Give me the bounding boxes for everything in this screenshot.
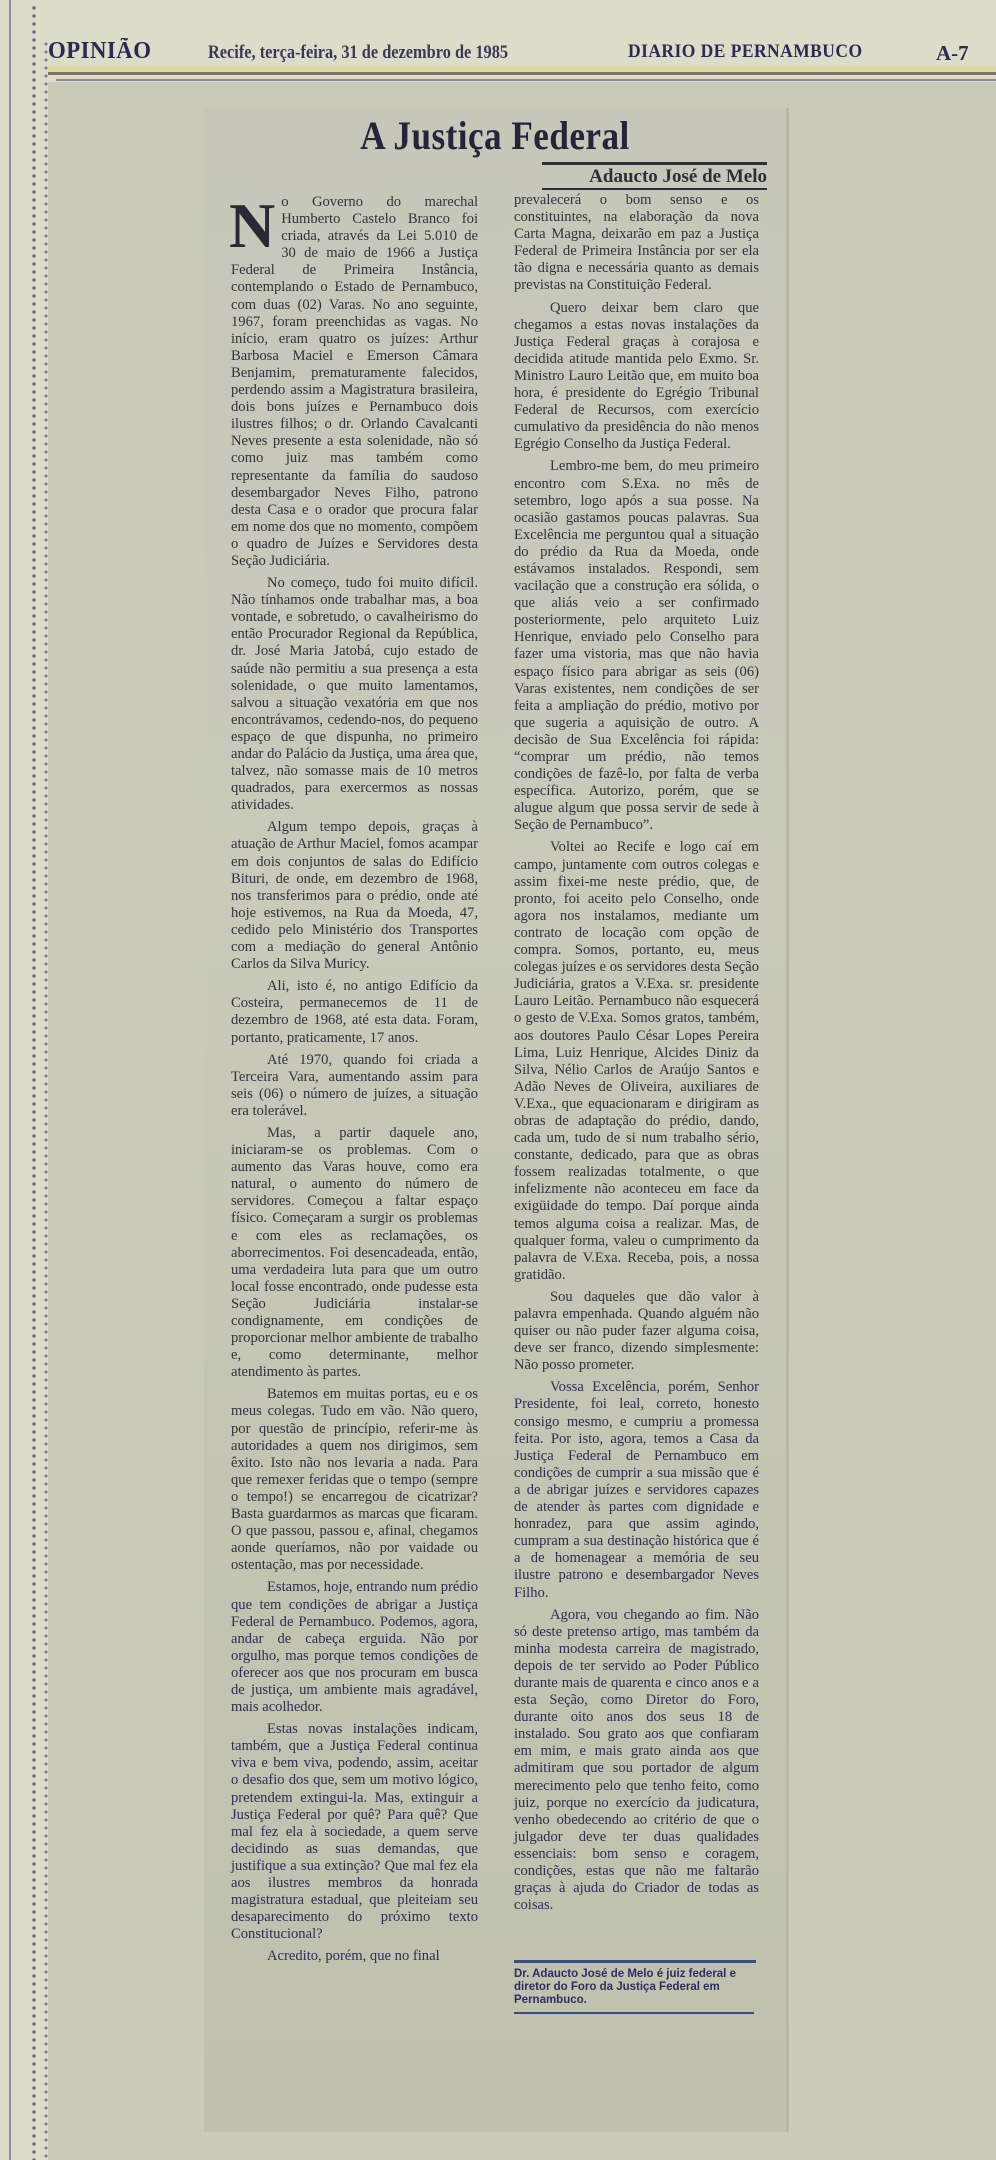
article-paragraph: Agora, vou chegando ao fim. Não só deste… bbox=[514, 1607, 759, 1915]
article-paragraph: Batemos em muitas portas, eu e os meus c… bbox=[231, 1386, 478, 1574]
article-title: A Justiça Federal bbox=[239, 112, 751, 159]
article-paragraph: Sou daqueles que dão valor à palavra emp… bbox=[514, 1289, 759, 1374]
author-bio-rule-top bbox=[514, 1960, 756, 1963]
article-paragraph: Vossa Excelência, porém, Senhor Presiden… bbox=[514, 1379, 759, 1601]
clipping-edge-shadow bbox=[786, 108, 789, 2132]
newspaper-header: OPINIÃO Recife, terça-feira, 31 de dezem… bbox=[48, 0, 996, 82]
article-paragraph: Lembro-me bem, do meu primeiro encontro … bbox=[514, 458, 759, 834]
article-paragraph: No Governo do marechal Humberto Castelo … bbox=[231, 194, 478, 570]
perforation-dots bbox=[31, 4, 37, 2160]
header-row: OPINIÃO Recife, terça-feira, 31 de dezem… bbox=[48, 38, 996, 68]
article-paragraph: Quero deixar bem claro que chegamos a es… bbox=[514, 300, 759, 454]
section-name: OPINIÃO bbox=[48, 38, 151, 65]
author-bio-rule-bottom bbox=[514, 2012, 754, 2014]
perforation-dots-inner bbox=[44, 40, 48, 2160]
header-rule-secondary bbox=[56, 79, 996, 81]
article-paragraph: Até 1970, quando foi criada a Terceira V… bbox=[231, 1052, 478, 1120]
newspaper-name: DIARIO DE PERNAMBUCO bbox=[628, 41, 863, 63]
article-paragraph: Voltei ao Recife e logo caí em campo, ju… bbox=[514, 839, 759, 1283]
article-author: Adaucto José de Melo bbox=[542, 166, 767, 188]
page-border-line bbox=[9, 0, 11, 2160]
byline-underline bbox=[542, 188, 767, 190]
article-paragraph: Ali, isto é, no antigo Edifício da Coste… bbox=[231, 978, 478, 1046]
article-paragraph: Estamos, hoje, entrando num prédio que t… bbox=[231, 1579, 478, 1716]
article-column-left: No Governo do marechal Humberto Castelo … bbox=[231, 194, 478, 1970]
header-rule bbox=[48, 72, 996, 75]
article-paragraph: No começo, tudo foi muito difícil. Não t… bbox=[231, 575, 478, 814]
author-bio: Dr. Adaucto José de Melo é juiz federal … bbox=[514, 1968, 756, 2007]
article-column-right: prevalecerá o bom senso e os constituint… bbox=[514, 192, 759, 1919]
dateline: Recife, terça-feira, 31 de dezembro de 1… bbox=[208, 42, 508, 64]
drop-cap: N bbox=[229, 200, 275, 252]
byline-rule bbox=[542, 162, 767, 165]
article-paragraph: Estas novas instalações indicam, também,… bbox=[231, 1721, 478, 1943]
page-number: A-7 bbox=[936, 41, 969, 66]
page-edge bbox=[0, 0, 48, 2160]
article-paragraph: Algum tempo depois, graças à atuação de … bbox=[231, 819, 478, 973]
article-clipping: A Justiça Federal Adaucto José de Melo N… bbox=[204, 108, 786, 2132]
article-paragraph: Mas, a partir daquele ano, iniciaram-se … bbox=[231, 1125, 478, 1381]
article-paragraph: prevalecerá o bom senso e os constituint… bbox=[514, 192, 759, 295]
article-paragraph: Acredito, porém, que no final bbox=[231, 1948, 478, 1965]
